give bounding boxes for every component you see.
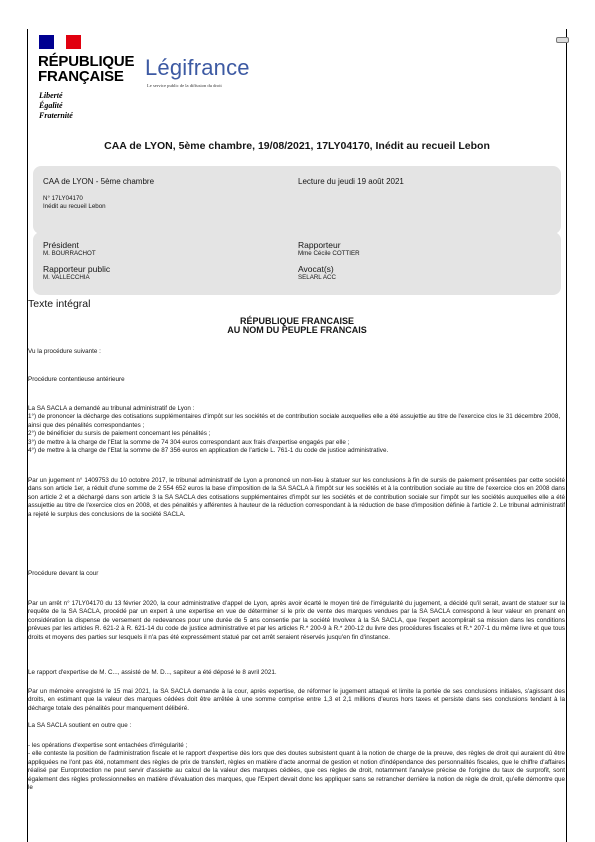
section-heading-cour: Procédure devant la cour: [28, 570, 565, 578]
full-text-heading: Texte intégral: [28, 298, 90, 310]
paragraph-moyens: - les opérations d'expertise sont entach…: [28, 742, 565, 792]
legifrance-logo[interactable]: Légifrance: [145, 55, 250, 81]
case-number: N° 17LY04170: [43, 195, 83, 203]
court-name: CAA de LYON - 5ème chambre: [43, 177, 154, 186]
paragraph-soutient: La SA SACLA soutient en outre que :: [28, 722, 565, 730]
legifrance-tagline: Le service public de la diffusion du dro…: [147, 83, 222, 88]
motto: Liberté Égalité Fraternité: [39, 91, 73, 121]
rapporteur-label: Rapporteur: [298, 240, 341, 250]
reading-date: Lecture du jeudi 19 août 2021: [298, 177, 404, 186]
republic-heading: RÉPUBLIQUE FRANCAISE AU NOM DU PEUPLE FR…: [28, 317, 566, 335]
president-label: Président: [43, 240, 79, 250]
paragraph-memoire: Par un mémoire enregistré le 15 mai 2021…: [28, 688, 565, 713]
avocats-value: SELARL ACC: [298, 274, 336, 281]
scrollbar-thumb[interactable]: [556, 37, 569, 43]
marianne-flag-icon: [39, 35, 81, 49]
page-border-right: [566, 29, 567, 842]
paragraph-demandes: La SA SACLA a demandé au tribunal admini…: [28, 405, 565, 455]
republique-francaise-logo: RÉPUBLIQUE FRANÇAISE: [38, 54, 134, 84]
president-value: M. BOURRACHOT: [43, 250, 96, 257]
rapporteur-value: Mme Cécile COTTIER: [298, 250, 360, 257]
paragraph-procedure: Vu la procédure suivante :: [28, 348, 565, 356]
section-heading-anterieure: Procédure contentieuse antérieure: [28, 376, 565, 384]
page-title: CAA de LYON, 5ème chambre, 19/08/2021, 1…: [28, 140, 566, 152]
rapporteur-public-label: Rapporteur public: [43, 264, 110, 274]
avocats-label: Avocat(s): [298, 264, 334, 274]
publication-status: Inédit au recueil Lebon: [43, 203, 106, 211]
rapporteur-public-value: M. VALLECCHIA: [43, 274, 90, 281]
paragraph-jugement: Par un jugement n° 1409753 du 10 octobre…: [28, 477, 565, 519]
decision-info-card: CAA de LYON - 5ème chambre Lecture du je…: [33, 166, 561, 234]
paragraph-arret: Par un arrêt n° 17LY04170 du 13 février …: [28, 600, 565, 642]
parties-card: Président M. BOURRACHOT Rapporteur Mme C…: [33, 232, 561, 295]
paragraph-rapport: Le rapport d'expertise de M. C..., assis…: [28, 669, 565, 677]
